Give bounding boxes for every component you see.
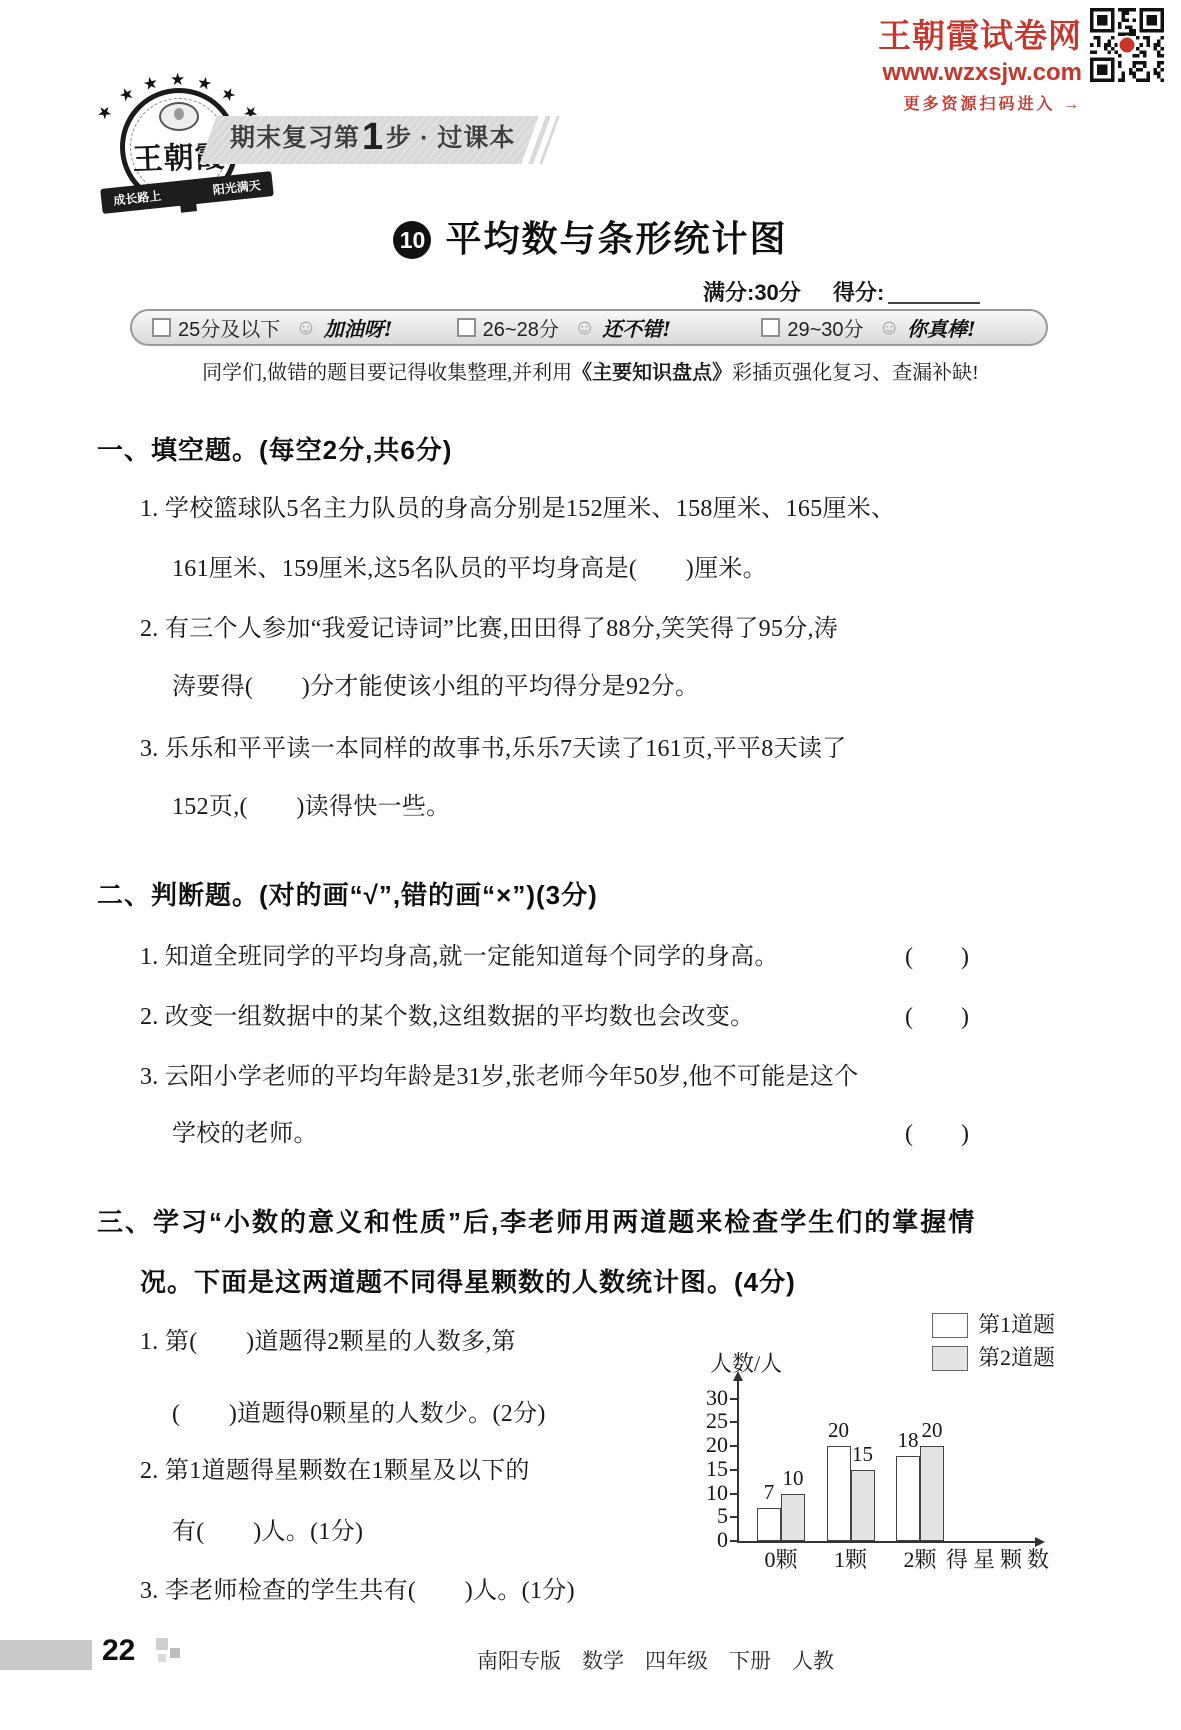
chart-bar-value-label: 10 [773, 1466, 813, 1490]
chart-legend-swatch-第2道题 [932, 1346, 968, 1371]
s1-q2-line1: 2. 有三个人参加“我爱记诗词”比赛,田田得了88分,笑笑得了95分,涛 [140, 608, 838, 643]
chart-bar-第2道题-2颗 [920, 1446, 944, 1541]
chart-legend-label: 第2道题 [978, 1345, 1055, 1370]
footer-bar [0, 1640, 92, 1670]
checkbox[interactable] [152, 318, 171, 337]
smiley-face-icon: ☺ [295, 316, 316, 340]
qr-code-icon [1090, 8, 1164, 82]
chart-bar-第2道题-0颗 [781, 1494, 805, 1542]
step-banner: 期末复习第1步 · 过课本 [208, 116, 530, 164]
banner-pre: 期末复习第 [230, 124, 360, 152]
score-blank-line [888, 282, 980, 304]
band-range: 26~28分 [483, 313, 559, 342]
notice-bold: 《主要知识盘点》 [572, 362, 732, 384]
chart-y-tick-mark [730, 1398, 737, 1400]
chart-y-tick-mark [730, 1445, 737, 1447]
smiley-face-icon: ☺ [574, 316, 595, 340]
s2-item2-answer-paren: ( ) [905, 996, 969, 1031]
section2-heading: 二、判断题。(对的画“√”,错的画“×”)(3分) [97, 875, 598, 912]
s2-item3-line1: 3. 云阳小学老师的平均年龄是31岁,张老师今年50岁,他不可能是这个 [140, 1056, 859, 1091]
s3-q1-line1: 1. 第( )道题得2颗星的人数多,第 [140, 1321, 516, 1356]
band-comment: 还不错! [602, 313, 671, 342]
notice-post: 彩插页强化复习、查漏补缺! [732, 362, 979, 384]
chart-y-tick-label: 30 [684, 1385, 728, 1410]
section1-heading: 一、填空题。(每空2分,共6分) [97, 430, 452, 467]
chart-x-axis-label: 得星颗数 [946, 1547, 1054, 1572]
footer-info: 南阳专版 数学 四年级 下册 人教 [130, 1645, 1181, 1675]
portrait-icon [159, 102, 199, 131]
s3-q3: 3. 李老师检查的学生共有( )人。(1分) [140, 1570, 575, 1605]
star-icon: ★ [141, 74, 159, 94]
chart-legend-swatch-第1道题 [932, 1313, 968, 1338]
chart-y-tick-mark [730, 1493, 737, 1495]
checkbox[interactable] [457, 318, 476, 337]
chart-y-tick-label: 10 [684, 1480, 728, 1505]
chart-x-category-label: 1颗 [816, 1547, 886, 1572]
chart-y-tick-label: 25 [684, 1408, 728, 1433]
chart-x-category-label: 0颗 [746, 1547, 816, 1572]
chart-y-tick-mark [730, 1516, 737, 1518]
chart-y-axis [737, 1381, 739, 1541]
chart-y-tick-label: 20 [684, 1432, 728, 1457]
chart-bar-第1道题-0颗 [757, 1508, 781, 1541]
s1-q1-line1: 1. 学校篮球队5名主力队员的身高分别是152厘米、158厘米、165厘米、 [140, 488, 895, 523]
s1-q3-line2: 152页,( )读得快一些。 [172, 786, 450, 821]
chart-x-axis [737, 1541, 1037, 1543]
band-range: 29~30分 [787, 313, 863, 342]
lesson-title: 平均数与条形统计图 [445, 218, 787, 259]
s2-item2: 2. 改变一组数据中的某个数,这组数据的平均数也会改变。 [140, 996, 754, 1031]
earned-score-label: 得分: [833, 280, 884, 305]
banner-post: 步 · 过课本 [386, 124, 515, 152]
chart-x-category-label: 2颗 [885, 1547, 955, 1572]
chart-y-tick-label: 5 [684, 1503, 728, 1528]
star-icon: ★ [93, 101, 115, 124]
chart-bar-value-label: 20 [819, 1418, 859, 1442]
brand-tagline: 更多资源扫码进入 → [838, 91, 1082, 114]
score-line: 满分:30分 得分: [703, 276, 980, 307]
s2-item1: 1. 知道全班同学的平均身高,就一定能知道每个同学的身高。 [140, 936, 779, 971]
notice-pre: 同学们,做错的题目要记得收集整理,并利用 [202, 362, 572, 384]
bar-chart: 人数/人051015202530720181015200颗1颗2颗得星颗数第1道… [680, 1195, 1125, 1595]
s2-item3-answer-paren: ( ) [905, 1113, 969, 1148]
worksheet-page: 王朝霞试卷网 www.wzxsjw.com 更多资源扫码进入 → ★ ★ ★ ★… [0, 0, 1181, 1730]
notice-line: 同学们,做错的题目要记得收集整理,并利用《主要知识盘点》彩插页强化复习、查漏补缺… [0, 356, 1181, 385]
ribbon-left-text: 成长路上 [113, 187, 163, 209]
s1-q1-line2: 161厘米、159厘米,这5名队员的平均身高是( )厘米。 [172, 548, 767, 583]
chart-bar-第1道题-2颗 [896, 1456, 920, 1542]
s2-item3-line2: 学校的老师。 [172, 1113, 318, 1148]
score-band-high: 29~30分 ☺ 你真棒! [741, 313, 1046, 342]
lesson-number-badge: 10 [393, 221, 431, 259]
band-comment: 你真棒! [907, 313, 976, 342]
chart-bar-第2道题-1颗 [851, 1470, 875, 1541]
brand-name: 王朝霞试卷网 [838, 10, 1082, 57]
chart-y-tick-mark [730, 1421, 737, 1423]
s3-q2-line1: 2. 第1道题得星颗数在1颗星及以下的 [140, 1450, 530, 1485]
s1-q2-line2: 涛要得( )分才能使该小组的平均得分是92分。 [172, 666, 699, 701]
chart-x-axis-arrow-icon [1035, 1537, 1045, 1547]
step-banner-text: 期末复习第1步 · 过课本 [208, 116, 530, 159]
score-band-mid: 26~28分 ☺ 还不错! [437, 313, 742, 342]
chart-y-axis-label: 人数/人 [710, 1351, 782, 1376]
brand-url: www.wzxsjw.com [838, 59, 1082, 87]
full-score-label: 满分:30分 [703, 280, 801, 305]
score-band-bar: 25分及以下 ☺ 加油呀! 26~28分 ☺ 还不错! 29~30分 ☺ 你真棒… [130, 309, 1048, 346]
chart-y-axis-arrow-icon [733, 1371, 743, 1381]
banner-step-number: 1 [360, 116, 386, 158]
s2-item1-answer-paren: ( ) [905, 936, 969, 971]
chart-bar-value-label: 15 [843, 1442, 883, 1466]
chart-legend-label: 第1道题 [978, 1312, 1055, 1337]
brand-block: 王朝霞试卷网 www.wzxsjw.com 更多资源扫码进入 → [838, 10, 1082, 114]
chart-y-tick-mark [730, 1540, 737, 1542]
chart-bar-value-label: 20 [912, 1418, 952, 1442]
page-title: 10平均数与条形统计图 [0, 211, 1181, 262]
chart-y-tick-mark [730, 1469, 737, 1471]
checkbox[interactable] [761, 318, 780, 337]
s3-q2-line2: 有( )人。(1分) [172, 1511, 363, 1546]
smiley-face-icon: ☺ [879, 316, 900, 340]
chart-y-tick-label: 15 [684, 1456, 728, 1481]
s3-q1-line2: ( )道题得0颗星的人数少。(2分) [172, 1393, 546, 1428]
star-icon: ★ [116, 84, 137, 106]
band-comment: 加油呀! [324, 313, 393, 342]
chart-y-tick-label: 0 [684, 1527, 728, 1552]
ribbon-right-text: 阳光满天 [212, 176, 262, 198]
s1-q3-line1: 3. 乐乐和平平读一本同样的故事书,乐乐7天读了161页,平平8天读了 [140, 728, 847, 763]
score-band-low: 25分及以下 ☺ 加油呀! [132, 313, 437, 342]
star-icon: ★ [218, 84, 239, 106]
star-icon: ★ [170, 71, 185, 88]
band-range: 25分及以下 [178, 313, 280, 342]
